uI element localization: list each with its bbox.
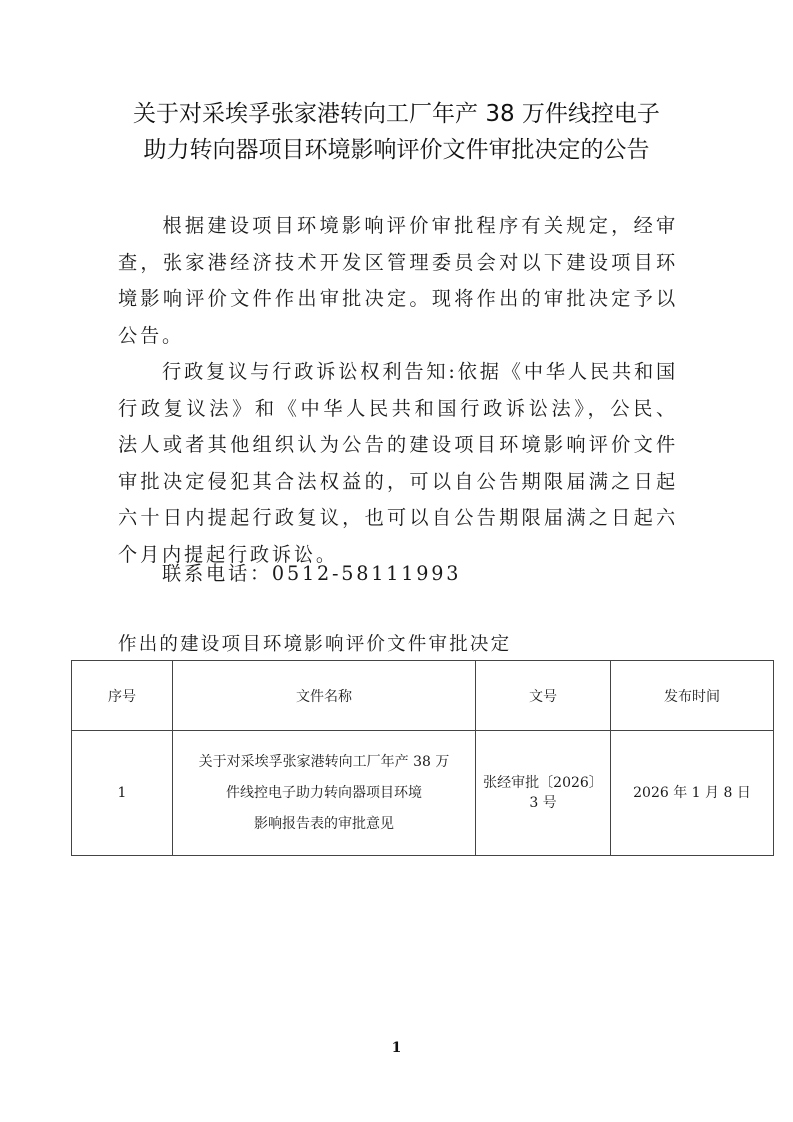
- page-number: 1: [0, 1040, 793, 1056]
- table-header-row: 序号 文件名称 文号 发布时间: [72, 661, 774, 731]
- rights-text: 行政复议与行政诉讼权利告知:依据《中华人民共和国行政复议法》和《中华人民共和国行…: [118, 360, 678, 566]
- decisions-table: 序号 文件名称 文号 发布时间 1 关于对采埃孚张家港转向工厂年产 38 万 件…: [71, 660, 774, 856]
- file-name-line-2: 件线控电子助力转向器项目环境: [179, 778, 469, 809]
- title-line-1: 关于对采埃孚张家港转向工厂年产 38 万件线控电子: [0, 96, 793, 132]
- contact-paragraph: 联系电话：0512-58111993: [118, 556, 678, 593]
- cell-file-name: 关于对采埃孚张家港转向工厂年产 38 万 件线控电子助力转向器项目环境 影响报告…: [173, 731, 476, 856]
- header-doc-number: 文号: [476, 661, 611, 731]
- cell-index: 1: [72, 731, 173, 856]
- document-title: 关于对采埃孚张家港转向工厂年产 38 万件线控电子 助力转向器项目环境影响评价文…: [0, 96, 793, 168]
- intro-text: 根据建设项目环境影响评价审批程序有关规定，经审查，张家港经济技术开发区管理委员会…: [118, 214, 678, 347]
- rights-paragraph: 行政复议与行政诉讼权利告知:依据《中华人民共和国行政复议法》和《中华人民共和国行…: [118, 354, 678, 573]
- title-line-2: 助力转向器项目环境影响评价文件审批决定的公告: [0, 132, 793, 168]
- doc-number-line-2: 3 号: [482, 793, 604, 813]
- table-caption: 作出的建设项目环境影响评价文件审批决定: [118, 630, 511, 656]
- cell-doc-number: 张经审批〔2026〕 3 号: [476, 731, 611, 856]
- intro-paragraph: 根据建设项目环境影响评价审批程序有关规定，经审查，张家港经济技术开发区管理委员会…: [118, 208, 678, 354]
- header-publish-date: 发布时间: [611, 661, 774, 731]
- doc-number-line-1: 张经审批〔2026〕: [482, 773, 604, 793]
- contact-text: 联系电话：0512-58111993: [162, 562, 461, 585]
- header-file-name: 文件名称: [173, 661, 476, 731]
- file-name-line-3: 影响报告表的审批意见: [179, 809, 469, 840]
- file-name-line-1: 关于对采埃孚张家港转向工厂年产 38 万: [179, 747, 469, 778]
- table-row: 1 关于对采埃孚张家港转向工厂年产 38 万 件线控电子助力转向器项目环境 影响…: [72, 731, 774, 856]
- cell-publish-date: 2026 年 1 月 8 日: [611, 731, 774, 856]
- header-index: 序号: [72, 661, 173, 731]
